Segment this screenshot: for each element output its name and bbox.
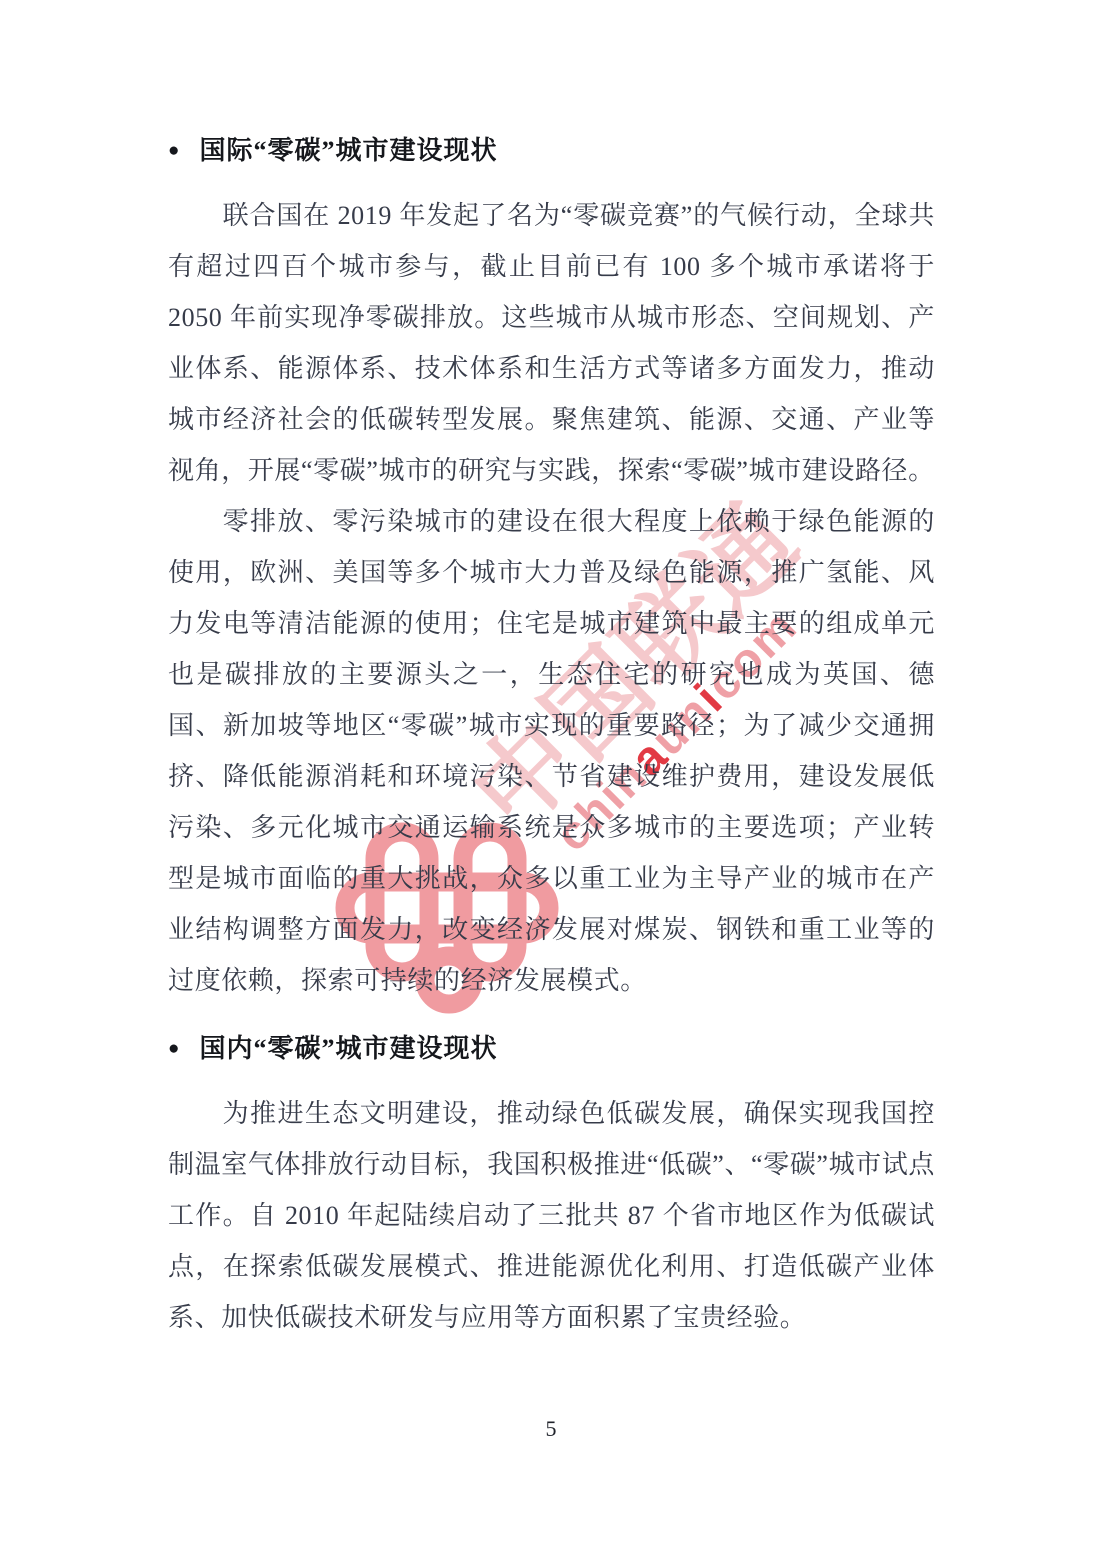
bullet-icon: ● xyxy=(168,1029,180,1069)
page-number: 5 xyxy=(0,1414,1102,1444)
bullet-icon: ● xyxy=(168,131,180,171)
document-page: 中国联通 chinaunicom ● 国际“零碳”城市建设现状 联合国在 201… xyxy=(0,0,1102,1559)
section-heading-text: 国内“零碳”城市建设现状 xyxy=(199,1029,497,1069)
section-heading-international: ● 国际“零碳”城市建设现状 xyxy=(168,131,498,171)
section-heading-domestic: ● 国内“零碳”城市建设现状 xyxy=(168,1029,498,1069)
paragraph: 零排放、零污染城市的建设在很大程度上依赖于绿色能源的使用，欧洲、美国等多个城市大… xyxy=(168,496,935,1006)
paragraph: 联合国在 2019 年发起了名为“零碳竞赛”的气候行动，全球共有超过四百个城市参… xyxy=(168,190,935,496)
section-heading-text: 国际“零碳”城市建设现状 xyxy=(199,131,497,171)
paragraph: 为推进生态文明建设，推动绿色低碳发展，确保实现我国控制温室气体排放行动目标，我国… xyxy=(168,1088,935,1343)
